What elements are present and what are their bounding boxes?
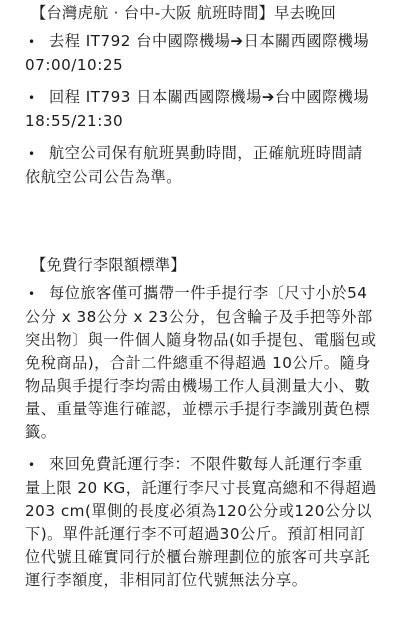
bullet-icon: •: [25, 143, 49, 166]
list-item-notice: •航空公司保有航班異動時間，正確航班時間請依航空公司公告為準。: [25, 142, 377, 189]
section-title: 【台灣虎航 · 台中-大阪 航班時間】早去晚回: [31, 2, 377, 25]
list-item-return: •回程 IT793 日本關西國際機場➔台中國際機場 18:55/21:30: [25, 86, 377, 133]
item-text: 回程 IT793 日本關西國際機場➔台中國際機場 18:55/21:30: [25, 88, 369, 130]
flight-schedule-section: 【台灣虎航 · 台中-大阪 航班時間】早去晚回 •去程 IT792 台中國際機場…: [25, 2, 377, 189]
bullet-icon: •: [25, 454, 49, 477]
item-text: 每位旅客僅可攜帶一件手提行李〔尺寸小於54公分 x 38公分 x 23公分，包含…: [25, 284, 377, 441]
item-text: 航空公司保有航班異動時間，正確航班時間請依航空公司公告為準。: [25, 144, 363, 186]
list-item-outbound: •去程 IT792 台中國際機場➔日本關西國際機場 07:00/10:25: [25, 30, 377, 77]
bullet-icon: •: [25, 87, 49, 110]
baggage-allowance-section: 【免費行李限額標準】 •每位旅客僅可攜帶一件手提行李〔尺寸小於54公分 x 38…: [25, 254, 377, 592]
document-body: 【台灣虎航 · 台中-大阪 航班時間】早去晚回 •去程 IT792 台中國際機場…: [0, 0, 395, 592]
section-spacer: [25, 198, 377, 254]
list-item-carry-on: •每位旅客僅可攜帶一件手提行李〔尺寸小於54公分 x 38公分 x 23公分，包…: [25, 282, 377, 444]
item-text: 來回免費託運行李：不限件數每人託運行李重量上限 20 KG，託運行李尺寸長寬高總…: [25, 455, 377, 589]
item-text: 去程 IT792 台中國際機場➔日本關西國際機場 07:00/10:25: [25, 32, 369, 74]
bullet-icon: •: [25, 31, 49, 54]
list-item-checked-baggage: •來回免費託運行李：不限件數每人託運行李重量上限 20 KG，託運行李尺寸長寬高…: [25, 453, 377, 592]
bullet-icon: •: [25, 283, 49, 306]
baggage-info-list: •每位旅客僅可攜帶一件手提行李〔尺寸小於54公分 x 38公分 x 23公分，包…: [25, 282, 377, 592]
section-title: 【免費行李限額標準】: [31, 254, 377, 277]
flight-info-list: •去程 IT792 台中國際機場➔日本關西國際機場 07:00/10:25 •回…: [25, 30, 377, 189]
